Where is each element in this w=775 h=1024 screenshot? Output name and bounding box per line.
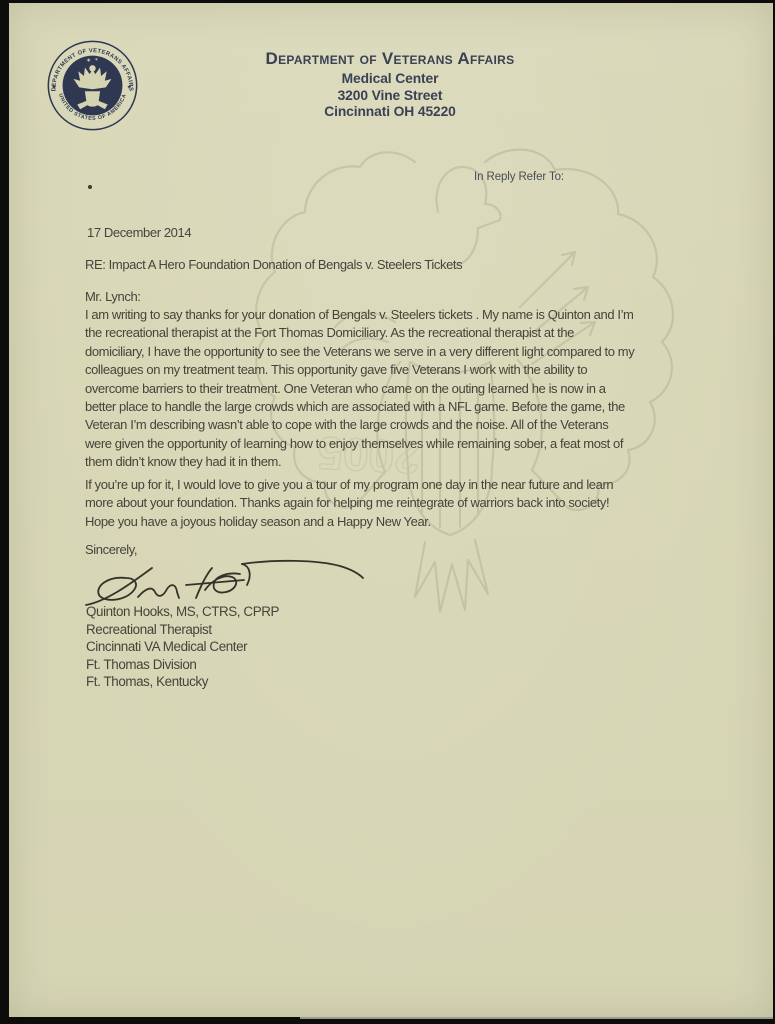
- signature-name: Quinton Hooks, MS, CTRS, CPRP: [86, 603, 279, 621]
- letterhead-street: 3200 Vine Street: [150, 88, 630, 105]
- letter-salutation: Mr. Lynch:: [85, 288, 140, 306]
- paper-bottom-edge: [300, 1017, 773, 1019]
- signature-organization: Cincinnati VA Medical Center: [86, 638, 279, 656]
- va-seal-icon: DEPARTMENT OF VETERANS AFFAIRS UNITED ST…: [45, 38, 140, 133]
- letterhead-city: Cincinnati OH 45220: [150, 104, 630, 121]
- letterhead: Department of Veterans Affairs Medical C…: [150, 49, 630, 121]
- signature-location: Ft. Thomas, Kentucky: [86, 673, 279, 691]
- in-reply-refer-label: In Reply Refer To:: [474, 171, 564, 183]
- svg-text:✶: ✶: [86, 58, 92, 65]
- scanned-letter-page: 2005 DEPARTMENT OF VETERANS AFFAIRS UNIT…: [0, 0, 775, 1024]
- signature-division: Ft. Thomas Division: [86, 656, 279, 674]
- svg-text:★: ★: [52, 83, 57, 90]
- svg-text:★: ★: [127, 83, 132, 90]
- svg-text:✶: ✶: [94, 57, 98, 63]
- letter-paragraph-2: If you’re up for it, I would love to giv…: [85, 476, 745, 531]
- letterhead-department: Department of Veterans Affairs: [150, 49, 630, 68]
- letter-subject-line: RE: Impact A Hero Foundation Donation of…: [85, 256, 462, 274]
- letter-paragraph-1: I am writing to say thanks for your dona…: [85, 306, 745, 472]
- letter-date: 17 December 2014: [87, 224, 191, 242]
- signature-block: Quinton Hooks, MS, CTRS, CPRP Recreation…: [86, 603, 279, 691]
- signature-title: Recreational Therapist: [86, 621, 279, 639]
- stray-ink-dot: [88, 185, 92, 189]
- letterhead-facility: Medical Center: [150, 71, 630, 88]
